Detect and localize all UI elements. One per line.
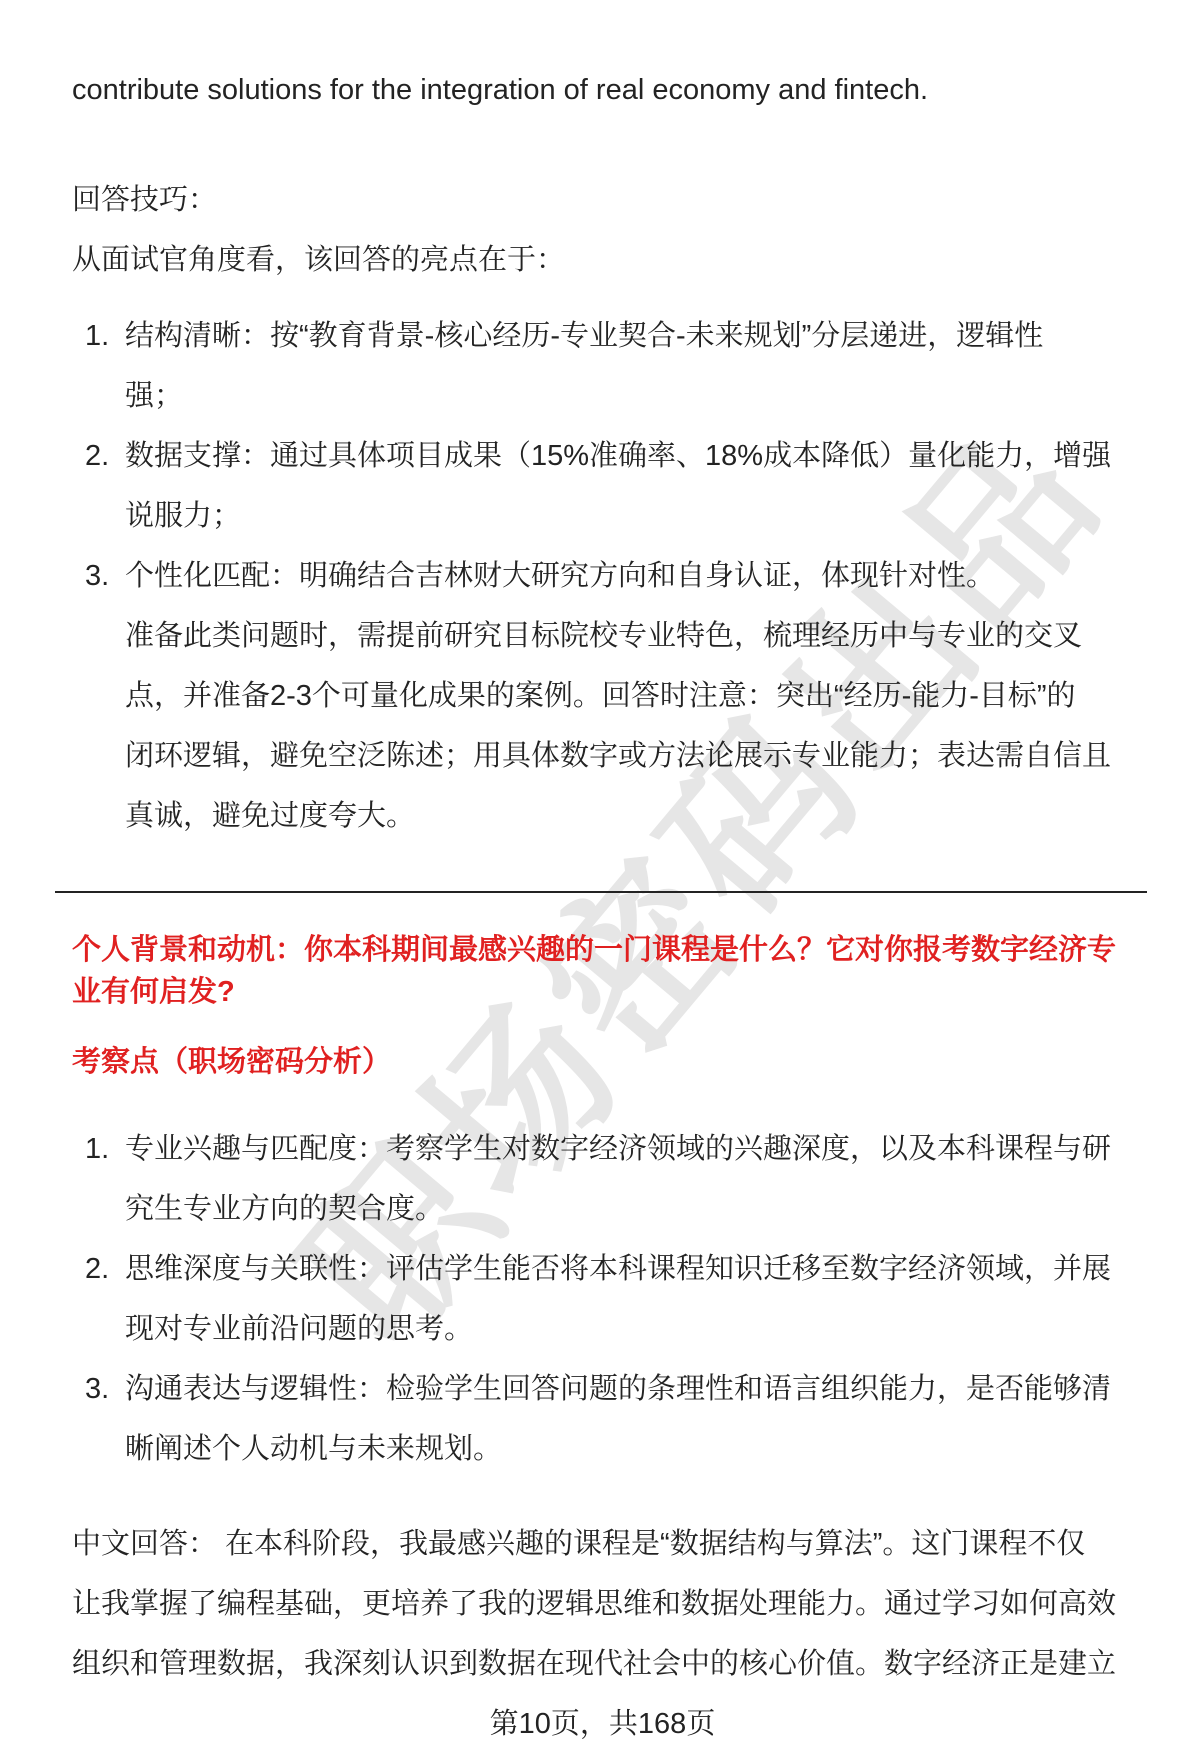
analysis-heading: 考察点（职场密码分析）: [72, 1041, 1133, 1083]
list-item-text: 思维深度与关联性：评估学生能否将本科课程知识迁移至数字经济领域，并展 现对专业前…: [125, 1253, 1111, 1345]
list-item: 1. 专业兴趣与匹配度：考察学生对数字经济领域的兴趣深度，以及本科课程与研 究生…: [72, 1119, 1133, 1239]
list-marker: 1.: [85, 306, 109, 366]
answer-tips-intro: 从面试官角度看，该回答的亮点在于：: [72, 230, 1133, 290]
analysis-points-list: 1. 专业兴趣与匹配度：考察学生对数字经济领域的兴趣深度，以及本科课程与研 究生…: [72, 1119, 1133, 1479]
list-item-text: 数据支撑：通过具体项目成果（15%准确率、18%成本降低）量化能力，增强 说服力…: [125, 440, 1111, 532]
paragraph-english: contribute solutions for the integration…: [72, 60, 1133, 120]
section-divider: [55, 891, 1147, 893]
list-item-text: 个性化匹配：明确结合吉林财大研究方向和自身认证，体现针对性。 准备此类问题时，需…: [125, 560, 1111, 832]
list-marker: 2.: [85, 426, 109, 486]
list-marker: 3.: [85, 1359, 109, 1419]
list-item-text: 专业兴趣与匹配度：考察学生对数字经济领域的兴趣深度，以及本科课程与研 究生专业方…: [125, 1133, 1111, 1225]
list-item: 1. 结构清晰：按“教育背景-核心经历-专业契合-未来规划”分层递进，逻辑性 强…: [72, 306, 1133, 426]
answer-tips-heading: 回答技巧：: [72, 170, 1133, 230]
list-item: 3. 个性化匹配：明确结合吉林财大研究方向和自身认证，体现针对性。 准备此类问题…: [72, 546, 1133, 846]
question-heading: 个人背景和动机：你本科期间最感兴趣的一门课程是什么？它对你报考数字经济专 业有何…: [72, 929, 1133, 1013]
page-content: contribute solutions for the integration…: [72, 60, 1133, 1754]
list-marker: 3.: [85, 546, 109, 606]
answer-tips-list: 1. 结构清晰：按“教育背景-核心经历-专业契合-未来规划”分层递进，逻辑性 强…: [72, 306, 1133, 846]
list-item: 3. 沟通表达与逻辑性：检验学生回答问题的条理性和语言组织能力，是否能够清 晰阐…: [72, 1359, 1133, 1479]
document-page: 职场密码出品 contribute solutions for the inte…: [0, 0, 1200, 1755]
list-marker: 1.: [85, 1119, 109, 1179]
list-item-text: 结构清晰：按“教育背景-核心经历-专业契合-未来规划”分层递进，逻辑性 强；: [125, 320, 1043, 412]
list-item-text: 沟通表达与逻辑性：检验学生回答问题的条理性和语言组织能力，是否能够清 晰阐述个人…: [125, 1373, 1111, 1465]
list-item: 2. 思维深度与关联性：评估学生能否将本科课程知识迁移至数字经济领域，并展 现对…: [72, 1239, 1133, 1359]
chinese-answer-paragraph: 中文回答： 在本科阶段，我最感兴趣的课程是“数据结构与算法”。这门课程不仅 让我…: [72, 1514, 1133, 1694]
page-footer: 第10页，共168页: [72, 1694, 1133, 1754]
list-marker: 2.: [85, 1239, 109, 1299]
list-item: 2. 数据支撑：通过具体项目成果（15%准确率、18%成本降低）量化能力，增强 …: [72, 426, 1133, 546]
